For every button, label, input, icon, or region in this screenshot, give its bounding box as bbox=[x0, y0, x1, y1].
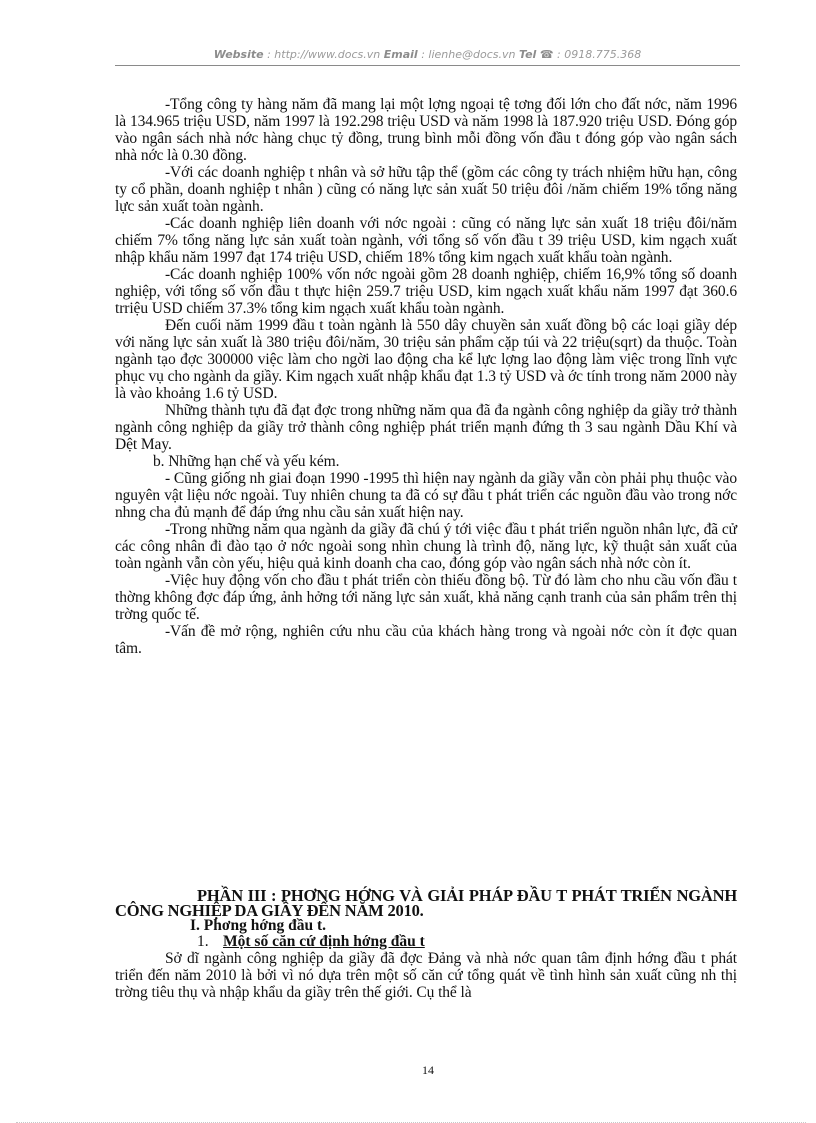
page-number: 14 bbox=[0, 1063, 816, 1078]
body-text: -Tổng công ty hàng năm đã mang lại một l… bbox=[115, 96, 737, 657]
heading-number: 1. bbox=[197, 934, 223, 950]
paragraph: - Cũng giống nh giai đoạn 1990 -1995 thì… bbox=[115, 470, 737, 521]
section-heading-1: I. Phơng hớng đầu t. bbox=[115, 918, 737, 934]
email-value[interactable]: : lienhe@docs.vn bbox=[418, 48, 519, 61]
paragraph: -Vấn đề mở rộng, nghiên cứu nhu cầu của … bbox=[115, 623, 737, 657]
section-title: PHẦN III : PHƠNG HỚNG VÀ GIẢI PHÁP ĐẦU T… bbox=[115, 888, 737, 918]
paragraph: Sở dĩ ngành công nghiệp da giầy đã đợc Đ… bbox=[115, 950, 737, 1001]
paragraph: Đến cuối năm 1999 đầu t toàn ngành là 55… bbox=[115, 317, 737, 402]
header-divider bbox=[115, 65, 740, 66]
email-label: Email bbox=[384, 48, 418, 61]
section-part-3: PHẦN III : PHƠNG HỚNG VÀ GIẢI PHÁP ĐẦU T… bbox=[115, 888, 737, 1001]
tel-value: : 0918.775.368 bbox=[554, 48, 642, 61]
paragraph: -Trong những năm qua ngành da giầy đã ch… bbox=[115, 521, 737, 572]
phone-icon: ☎ bbox=[540, 48, 554, 61]
subheading-b: b. Những hạn chế và yếu kém. bbox=[115, 453, 737, 470]
paragraph: -Các doanh nghiệp 100% vốn nớc ngoài gồm… bbox=[115, 266, 737, 317]
heading-text: Một số căn cứ định hớng đầu t bbox=[223, 933, 425, 950]
paragraph: Những thành tựu đã đạt đợc trong những n… bbox=[115, 402, 737, 453]
paragraph: -Với các doanh nghiệp t nhân và sở hữu t… bbox=[115, 164, 737, 215]
paragraph: -Việc huy động vốn cho đầu t phát triển … bbox=[115, 572, 737, 623]
paragraph: -Các doanh nghiệp liên doanh với nớc ngo… bbox=[115, 215, 737, 266]
website-label: Website bbox=[214, 48, 264, 61]
page-header: Website : http://www.docs.vn Email : lie… bbox=[115, 48, 740, 62]
document-page: Website : http://www.docs.vn Email : lie… bbox=[0, 0, 816, 1123]
tel-label: Tel bbox=[519, 48, 536, 61]
section-heading-2: 1.Một số căn cứ định hớng đầu t bbox=[115, 934, 737, 950]
paragraph: -Tổng công ty hàng năm đã mang lại một l… bbox=[115, 96, 737, 164]
website-value[interactable]: : http://www.docs.vn bbox=[264, 48, 384, 61]
